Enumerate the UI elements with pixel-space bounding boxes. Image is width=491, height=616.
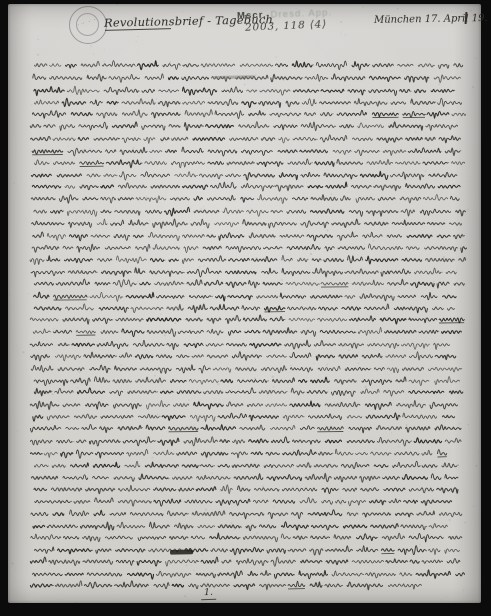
page-number: 1. xyxy=(201,587,217,601)
handwritten-body-text xyxy=(8,4,481,603)
paper-page: Revolutionsbrief - Tagebuch Mscr. Dresd.… xyxy=(8,4,481,603)
scanned-document: Revolutionsbrief - Tagebuch Mscr. Dresd.… xyxy=(0,0,491,616)
